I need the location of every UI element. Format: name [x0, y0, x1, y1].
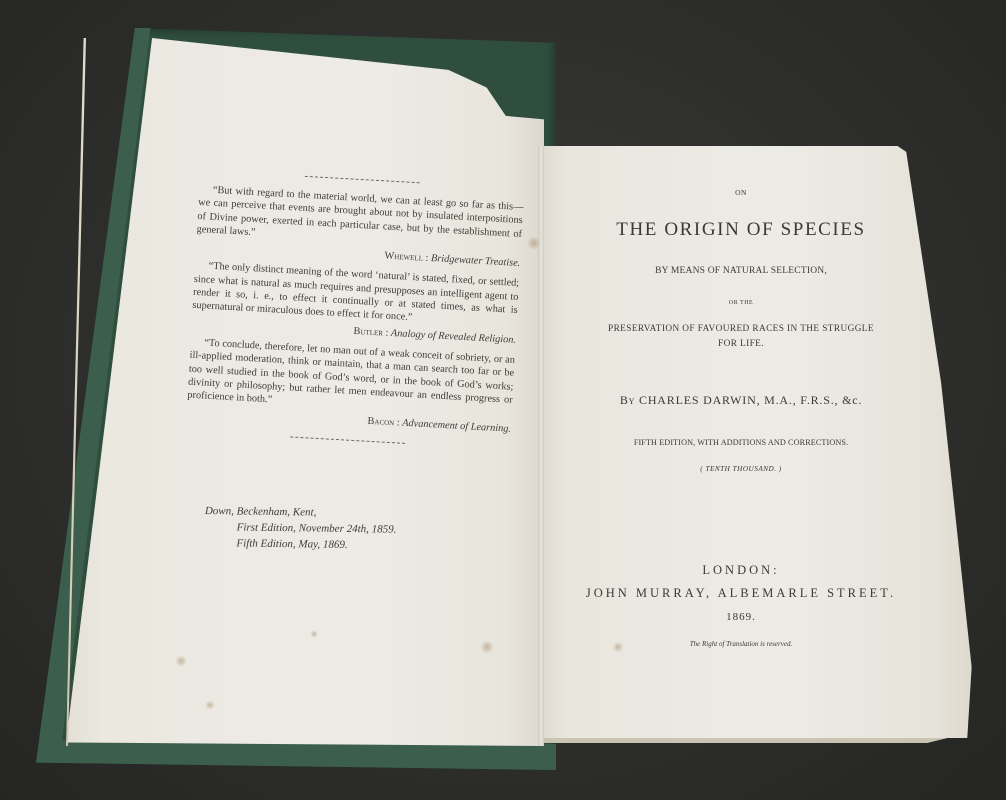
foxing-spot	[480, 640, 494, 654]
publisher-name: JOHN MURRAY, ALBEMARLE STREET.	[556, 586, 926, 601]
publisher-city: LONDON:	[556, 563, 926, 578]
subtitle-preservation: PRESERVATION OF FAVOURED RACES IN THE ST…	[556, 322, 926, 352]
epigraph-work: Bridgewater Treatise.	[431, 253, 521, 269]
epigraph-author: Butler	[353, 326, 383, 339]
author-name: CHARLES DARWIN, M.A., F.R.S., &c.	[639, 393, 862, 407]
imprint-block: Down, Beckenham, Kent, First Edition, No…	[204, 503, 396, 554]
edition-line: FIFTH EDITION, WITH ADDITIONS AND CORREC…	[556, 438, 926, 447]
subtitle-connector: OR THE	[556, 300, 926, 306]
imprint-fifth-edition: Fifth Edition, May, 1869.	[204, 535, 396, 554]
title-page-block: ON THE ORIGIN OF SPECIES BY MEANS OF NAT…	[556, 186, 926, 648]
epigraph-author: Bacon	[367, 416, 394, 428]
subtitle-preservation-line2: FOR LIFE.	[556, 337, 926, 352]
epigraph-author: Whewell	[384, 251, 423, 264]
foxing-spot	[205, 700, 215, 710]
rights-notice: The Right of Translation is reserved.	[556, 640, 926, 648]
subtitle-preservation-line1: PRESERVATION OF FAVOURED RACES IN THE ST…	[556, 322, 926, 337]
epigraph-work: Analogy of Revealed Religion.	[391, 328, 517, 346]
book-gutter	[538, 146, 544, 746]
imprint-place: Down, Beckenham, Kent,	[205, 503, 397, 522]
foxing-spot	[310, 630, 318, 638]
title-on: ON	[556, 188, 926, 197]
foxing-spot	[528, 235, 540, 251]
author-by: By	[620, 393, 635, 407]
epigraphs-block: “But with regard to the material world, …	[185, 170, 524, 449]
author-line: By CHARLES DARWIN, M.A., F.R.S., &c.	[556, 393, 926, 408]
epigraph-work: Advancement of Learning.	[402, 418, 511, 435]
book-title: THE ORIGIN OF SPECIES	[556, 219, 926, 241]
publication-year: 1869.	[556, 611, 926, 623]
book-subtitle: BY MEANS OF NATURAL SELECTION,	[556, 266, 926, 276]
print-run-line: ( TENTH THOUSAND. )	[556, 465, 926, 473]
foxing-spot	[175, 655, 187, 667]
